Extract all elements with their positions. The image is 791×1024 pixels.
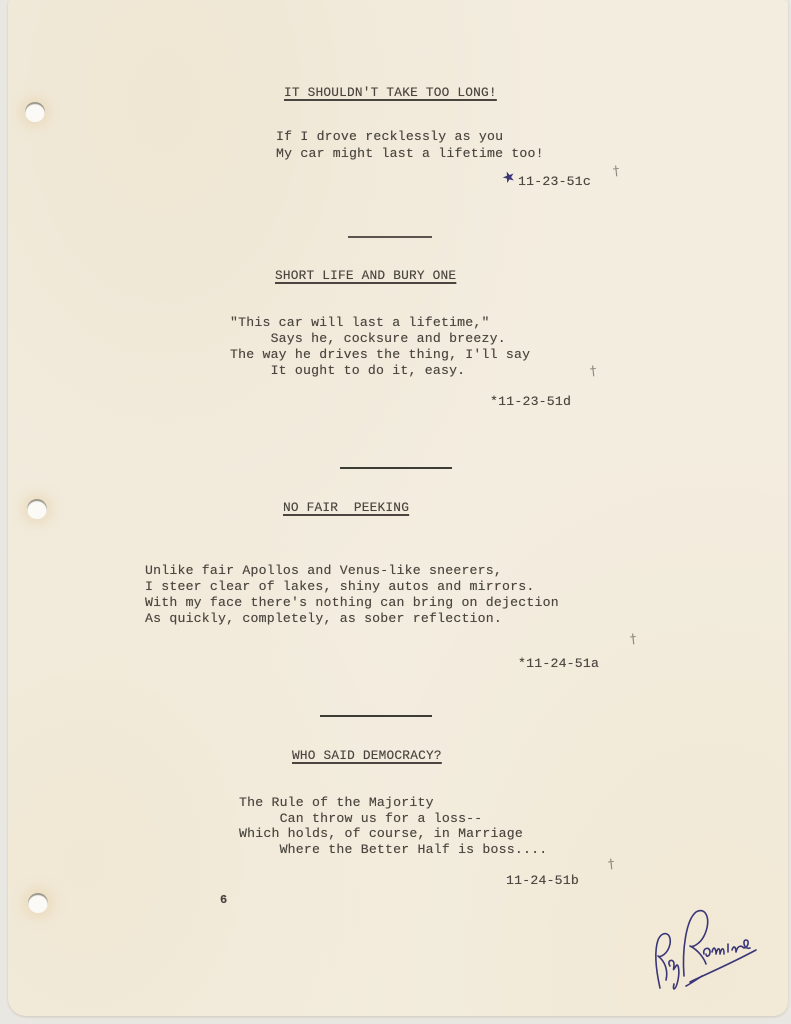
typed-page: IT SHOULDN'T TAKE TOO LONG! If I drove r… — [8, 0, 788, 1016]
section-4-line-3: Which holds, of course, in Marriage — [239, 825, 523, 842]
section-4-code: 11-24-51b — [506, 872, 579, 889]
punch-hole-top — [25, 102, 45, 122]
section-3-line-3: With my face there's nothing can bring o… — [145, 594, 559, 611]
section-3-title: NO FAIR PEEKING — [283, 499, 409, 516]
section-3-line-4: As quickly, completely, as sober reflect… — [145, 610, 502, 627]
section-2-title: SHORT LIFE AND BURY ONE — [275, 267, 456, 284]
section-3-code: *11-24-51a — [518, 655, 599, 672]
page-number: 6 — [220, 892, 227, 909]
section-2-code: *11-23-51d — [490, 393, 571, 410]
section-1-line-1: If I drove recklessly as you — [276, 128, 503, 145]
section-1-line-2: My car might last a lifetime too! — [276, 145, 544, 162]
section-2-line-1: "This car will last a lifetime," — [230, 314, 490, 331]
section-2-line-3: The way he drives the thing, I'll say — [230, 346, 530, 363]
section-1-title: IT SHOULDN'T TAKE TOO LONG! — [284, 84, 497, 101]
ink-star-mark: ★ — [499, 166, 518, 188]
pencil-mark-4: † — [607, 857, 615, 873]
pencil-mark-1: † — [612, 164, 620, 180]
divider-1 — [348, 236, 432, 238]
section-1-code: 11-23-51c — [518, 173, 591, 190]
section-4-title: WHO SAID DEMOCRACY? — [292, 747, 442, 764]
section-2-line-2: Says he, cocksure and breezy. — [230, 330, 506, 347]
pencil-mark-3: † — [629, 632, 637, 648]
punch-hole-middle — [27, 499, 47, 519]
section-2-line-4: It ought to do it, easy. — [230, 362, 465, 379]
section-3-line-1: Unlike fair Apollos and Venus-like sneer… — [145, 562, 502, 579]
section-4-line-1: The Rule of the Majority — [239, 794, 434, 811]
pencil-mark-2: † — [589, 364, 597, 380]
signature — [646, 900, 766, 995]
divider-2 — [340, 467, 452, 469]
punch-hole-bottom — [28, 893, 48, 913]
section-4-line-4: Where the Better Half is boss.... — [239, 841, 547, 858]
divider-3 — [320, 715, 432, 717]
section-3-line-2: I steer clear of lakes, shiny autos and … — [145, 578, 534, 595]
